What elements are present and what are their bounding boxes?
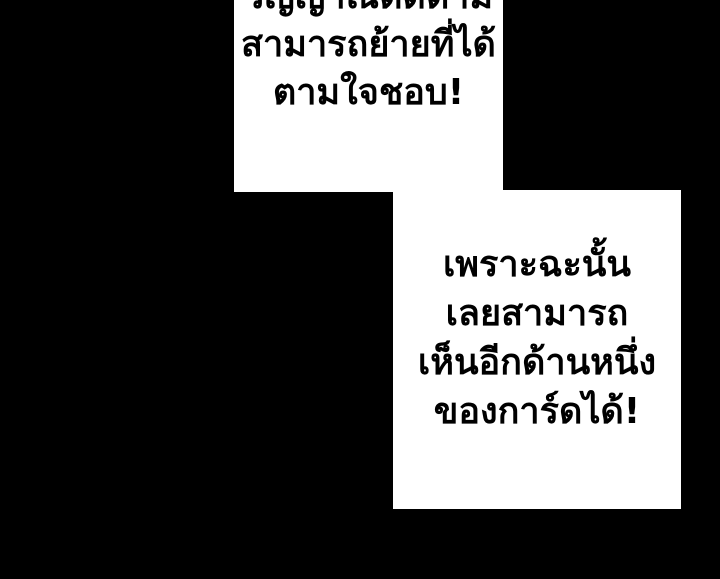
speech-box-bottom: เพราะฉะนั้น เลยสามารถ เห็นอีกด้านหนึ่ง ข… — [393, 190, 681, 509]
dialogue-line: เลยสามารถ — [393, 289, 681, 338]
speech-box-bottom-text: เพราะฉะนั้น เลยสามารถ เห็นอีกด้านหนึ่ง ข… — [393, 190, 681, 436]
dialogue-line: เห็นอีกด้านหนึ่ง — [393, 338, 681, 387]
dialogue-line: ตามใจชอบ! — [234, 69, 503, 117]
dialogue-line: วิญญาณติดตาม — [234, 0, 503, 21]
speech-box-top: วิญญาณติดตาม สามารถย้ายที่ได้ ตามใจชอบ! — [234, 0, 503, 192]
speech-box-top-text: วิญญาณติดตาม สามารถย้ายที่ได้ ตามใจชอบ! — [234, 0, 503, 117]
dialogue-line: สามารถย้ายที่ได้ — [234, 21, 503, 69]
comic-panel: วิญญาณติดตาม สามารถย้ายที่ได้ ตามใจชอบ! … — [0, 0, 720, 579]
dialogue-line: ของการ์ดได้! — [393, 387, 681, 436]
dialogue-line: เพราะฉะนั้น — [393, 240, 681, 289]
